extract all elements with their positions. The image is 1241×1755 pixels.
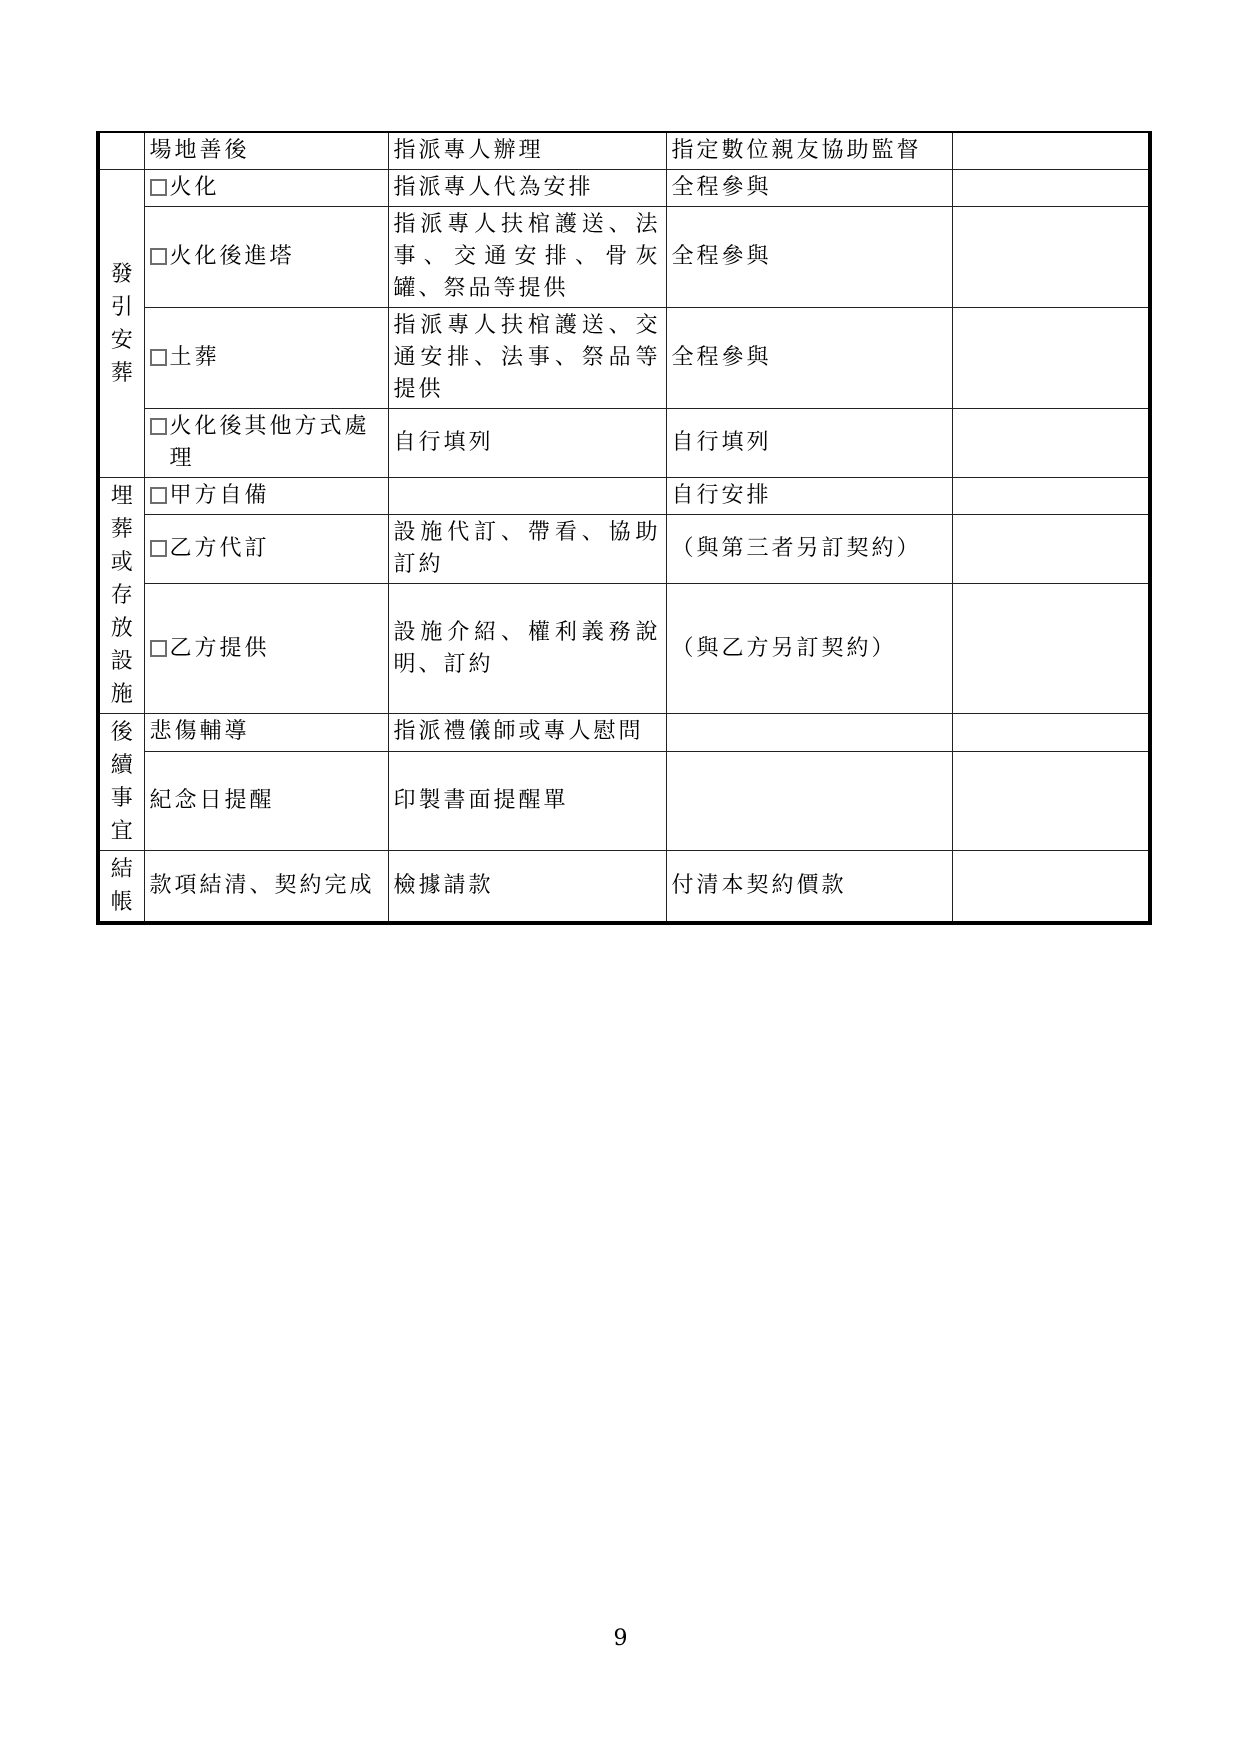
checkbox[interactable]	[150, 540, 167, 557]
party-a-cell: 自行填列	[666, 409, 952, 478]
party-a-cell: 自行安排	[666, 478, 952, 515]
service-cell: 印製書面提醒單	[388, 751, 666, 850]
table-row: 發引安葬火化指派專人代為安排全程參與	[98, 170, 1150, 207]
party-a-cell: （與第三者另訂契約）	[666, 515, 952, 584]
category-cell	[98, 132, 144, 170]
item-line: 紀念日提醒	[150, 785, 383, 817]
item-line: 場地善後	[150, 135, 383, 167]
item-line: 悲傷輔導	[150, 716, 383, 748]
document-page: 場地善後指派專人辦理指定數位親友協助監督發引安葬火化指派專人代為安排全程參與火化…	[0, 0, 1241, 1755]
item-label: 乙方代訂	[170, 533, 383, 565]
service-cell: 設施介紹、權利義務說明、訂約	[388, 584, 666, 714]
checkbox[interactable]	[150, 640, 167, 657]
note-cell	[952, 478, 1150, 515]
note-cell	[952, 308, 1150, 409]
note-cell	[952, 207, 1150, 308]
checkbox[interactable]	[150, 179, 167, 196]
party-a-cell: 全程參與	[666, 207, 952, 308]
item-label: 款項結清、契約完成	[150, 870, 383, 902]
item-line: 乙方代訂	[150, 533, 383, 565]
party-a-cell	[666, 751, 952, 850]
party-a-cell: 全程參與	[666, 308, 952, 409]
item-cell: 火化後其他方式處理	[144, 409, 388, 478]
note-cell	[952, 851, 1150, 924]
category-label: 後續事宜	[110, 716, 134, 848]
item-label: 火化後進塔	[170, 241, 383, 273]
item-label: 火化後其他方式處理	[170, 411, 383, 475]
item-label: 悲傷輔導	[150, 716, 383, 748]
item-line: 火化	[150, 172, 383, 204]
item-line: 火化後進塔	[150, 241, 383, 273]
item-cell: 紀念日提醒	[144, 751, 388, 850]
category-label: 結帳	[110, 853, 134, 919]
item-label: 紀念日提醒	[150, 785, 383, 817]
category-cell: 結帳	[98, 851, 144, 924]
service-cell: 自行填列	[388, 409, 666, 478]
item-cell: 場地善後	[144, 132, 388, 170]
note-cell	[952, 170, 1150, 207]
item-cell: 悲傷輔導	[144, 714, 388, 752]
table-row: 乙方代訂設施代訂、帶看、協助訂約（與第三者另訂契約）	[98, 515, 1150, 584]
service-schedule-table: 場地善後指派專人辦理指定數位親友協助監督發引安葬火化指派專人代為安排全程參與火化…	[96, 131, 1152, 925]
category-label: 發引安葬	[110, 258, 134, 390]
category-cell: 發引安葬	[98, 170, 144, 478]
party-a-cell: （與乙方另訂契約）	[666, 584, 952, 714]
item-cell: 甲方自備	[144, 478, 388, 515]
party-a-cell: 付清本契約價款	[666, 851, 952, 924]
table-row: 火化後進塔指派專人扶棺護送、法事、交通安排、骨灰罐、祭品等提供全程參與	[98, 207, 1150, 308]
service-cell: 指派專人扶棺護送、法事、交通安排、骨灰罐、祭品等提供	[388, 207, 666, 308]
category-label: 埋葬或存放設施	[110, 480, 134, 711]
item-label: 場地善後	[150, 135, 383, 167]
item-cell: 土葬	[144, 308, 388, 409]
item-line: 火化後其他方式處理	[150, 411, 383, 475]
note-cell	[952, 584, 1150, 714]
service-cell: 指派專人辦理	[388, 132, 666, 170]
service-cell: 指派專人代為安排	[388, 170, 666, 207]
table-row: 後續事宜悲傷輔導指派禮儀師或專人慰問	[98, 714, 1150, 752]
table-row: 紀念日提醒印製書面提醒單	[98, 751, 1150, 850]
page-number: 9	[0, 1626, 1241, 1651]
item-cell: 火化	[144, 170, 388, 207]
table-row: 場地善後指派專人辦理指定數位親友協助監督	[98, 132, 1150, 170]
item-label: 土葬	[170, 342, 383, 374]
note-cell	[952, 751, 1150, 850]
service-cell: 設施代訂、帶看、協助訂約	[388, 515, 666, 584]
checkbox[interactable]	[150, 418, 167, 435]
checkbox[interactable]	[150, 248, 167, 265]
table-row: 埋葬或存放設施甲方自備自行安排	[98, 478, 1150, 515]
party-a-cell: 全程參與	[666, 170, 952, 207]
item-cell: 火化後進塔	[144, 207, 388, 308]
item-line: 甲方自備	[150, 480, 383, 512]
table-row: 火化後其他方式處理自行填列自行填列	[98, 409, 1150, 478]
checkbox[interactable]	[150, 349, 167, 366]
service-cell: 檢據請款	[388, 851, 666, 924]
item-line: 乙方提供	[150, 633, 383, 665]
item-line: 款項結清、契約完成	[150, 870, 383, 902]
item-cell: 款項結清、契約完成	[144, 851, 388, 924]
item-cell: 乙方提供	[144, 584, 388, 714]
item-cell: 乙方代訂	[144, 515, 388, 584]
category-cell: 後續事宜	[98, 714, 144, 851]
service-cell	[388, 478, 666, 515]
item-label: 甲方自備	[170, 480, 383, 512]
table-row: 乙方提供設施介紹、權利義務說明、訂約（與乙方另訂契約）	[98, 584, 1150, 714]
party-a-cell: 指定數位親友協助監督	[666, 132, 952, 170]
item-line: 土葬	[150, 342, 383, 374]
note-cell	[952, 515, 1150, 584]
note-cell	[952, 409, 1150, 478]
checkbox[interactable]	[150, 487, 167, 504]
table-row: 結帳款項結清、契約完成檢據請款付清本契約價款	[98, 851, 1150, 924]
note-cell	[952, 714, 1150, 752]
service-cell: 指派專人扶棺護送、交通安排、法事、祭品等提供	[388, 308, 666, 409]
item-label: 乙方提供	[170, 633, 383, 665]
service-cell: 指派禮儀師或專人慰問	[388, 714, 666, 752]
note-cell	[952, 132, 1150, 170]
item-label: 火化	[170, 172, 383, 204]
category-cell: 埋葬或存放設施	[98, 478, 144, 714]
party-a-cell	[666, 714, 952, 752]
table-row: 土葬指派專人扶棺護送、交通安排、法事、祭品等提供全程參與	[98, 308, 1150, 409]
